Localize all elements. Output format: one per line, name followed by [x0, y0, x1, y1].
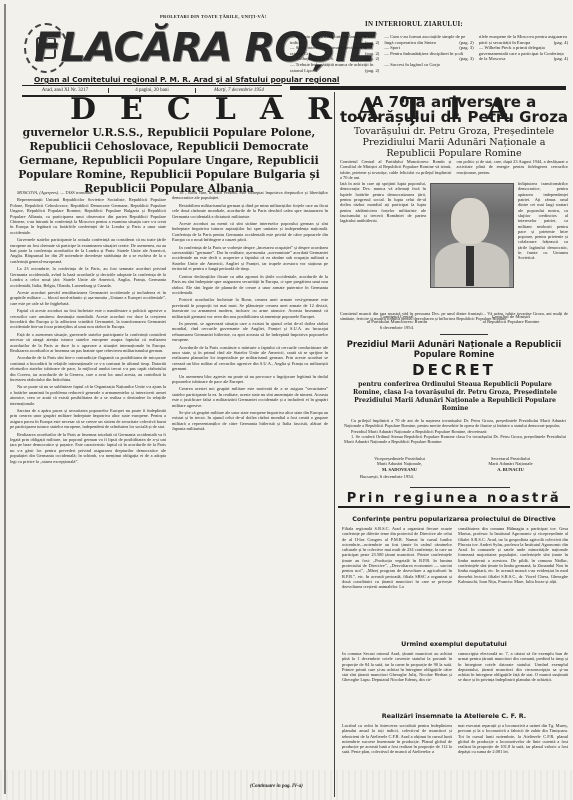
paragraph: Un asemenea bloc agresiv nu poate să nu …: [172, 374, 328, 385]
inside-index-item[interactable]: — Wilhelm Pieck a primit delegația guver…: [479, 45, 568, 62]
groza-headline: A 70-a aniversare a tovarășului dr. Petr…: [338, 95, 570, 125]
signature-line: A. BUNACIU: [455, 467, 566, 472]
decree-paragraph: Cu prilejul împlinirii a 70 de ani de la…: [344, 418, 566, 429]
page-reference: (pag. 2): [365, 40, 379, 46]
paragraph: Aceste acorduri au menit că sînt străine…: [172, 221, 328, 243]
signature-line: al Republicii Populare Romine: [454, 319, 568, 324]
article-deputat: In comuna Secusi raionul Arad, țăranii m…: [342, 651, 568, 709]
inside-index: IN INTERIORUL ZIARULUI: — In lupta pentr…: [290, 20, 568, 84]
paragraph: Potrivit acordurilor încheiate la Bonn, …: [172, 297, 328, 319]
signature-line: M. SADOVEANU: [344, 467, 455, 472]
declaration-subtitle: guvernelor U.R.S.S., Republicii Populare…: [6, 126, 332, 196]
divider: [410, 487, 510, 488]
declaration-column-1: MOSCOVA, (Agerpres). — TASS transmite: R…: [10, 190, 166, 775]
column-divider: [334, 92, 335, 797]
header-rule: [290, 86, 566, 90]
declaration-body: MOSCOVA, (Agerpres). — TASS transmite: R…: [10, 190, 328, 775]
page-reference: (pag. 2): [365, 68, 379, 74]
decree-signatures: Vicepreședintele PrezidiuluiMarii Adunăr…: [344, 456, 566, 472]
article-headline-cfr: Realizări însemnate la Atelierele C. F. …: [338, 712, 570, 720]
article-column: Filiala regională S.R.S.C. Arad a organi…: [342, 526, 452, 608]
paragraph: Acordurile de la Paris constituie o mărt…: [172, 345, 328, 372]
decree-paragraph: 1. Se conferă Ordinul Steaua Republicii …: [344, 434, 566, 445]
paragraph: In conferința de la Paris se vorbește de…: [172, 245, 328, 272]
paragraph: Sarcina de a apăra pacea și securitatea …: [10, 408, 166, 430]
declaration-column-2: 18”, lucru care, în mod evident, este în…: [172, 190, 328, 775]
signature-line: 6 decembrie 1954.: [340, 325, 454, 330]
article-column: cumscripția electorală nr. 7, a căutat s…: [458, 651, 568, 709]
paper-texture: [0, 770, 573, 800]
groza-signatures: Comitetul Centralal Partidului Muncitore…: [340, 314, 568, 330]
paragraph: Realizarea acordurilor de la Paris ar în…: [10, 432, 166, 464]
inside-index-column: — In lupta pentru îndeplinirea planului …: [290, 34, 379, 73]
region-section-title: Prin regiunea noastră: [338, 491, 570, 508]
paragraph: Se știe că grupări militare ale unor sta…: [172, 410, 328, 432]
groza-right-text: înfăptuirea transformărilor democratice,…: [518, 181, 568, 309]
signature-council-of-ministers: Consiliul de Miniștrial Republicii Popul…: [454, 314, 568, 330]
paragraph: In prezent, se agravează situația care a…: [172, 321, 328, 343]
inside-index-item[interactable]: — Pentru îmbunătățirea disciplinei în șc…: [384, 51, 473, 62]
inside-index-item[interactable]: — Trebuie îmbunătățită munca de achiziți…: [290, 62, 379, 73]
page-edge-rule: [4, 4, 6, 794]
divider: [440, 334, 488, 335]
article-headline-deputat: Urmînd exemplul deputatului: [338, 640, 570, 648]
article-column: consfătuirea din comuna Hălmagiu a parti…: [458, 526, 568, 608]
page-reference: (pag. 4): [554, 56, 568, 62]
groza-left-text: Iată în anii în care ați sprijinit lupta…: [340, 181, 426, 309]
paragraph: Acordurile de la Paris sînt într-o contr…: [10, 355, 166, 382]
inside-index-item[interactable]: — Succesi în lagărul cu Gorjo: [384, 62, 473, 68]
signature-central-committee: Comitetul Centralal Partidului Muncitore…: [340, 314, 454, 330]
inside-index-columns: — In lupta pentru îndeplinirea planului …: [290, 34, 568, 73]
signature-secretary: Secretarul PrezidiuluiMarii Adunări Nați…: [455, 456, 566, 472]
signature-vicepresident: Vicepreședintele PrezidiuluiMarii Adunăr…: [344, 456, 455, 472]
decree-issuer: Prezidiul Marii Adunări Naționale a Repu…: [338, 339, 570, 359]
page-reference: (pag. 3): [459, 45, 473, 51]
newspaper-page: PROLETARI DIN TOATE ȚĂRILE, UNIȚI-VĂ! FL…: [0, 0, 573, 800]
page-reference: (pag. 3): [459, 56, 473, 62]
paragraph: Crearea acestei noi grupări militare est…: [172, 386, 328, 408]
decree-body: Cu prilejul împlinirii a 70 de ani de la…: [344, 418, 566, 456]
inside-index-item[interactable]: — In lupta pentru îndeplinirea planului …: [290, 34, 379, 45]
inside-index-item[interactable]: — Cum s-au format asociațiile simple de …: [384, 34, 473, 45]
article-conferinte: Filiala regională S.R.S.C. Arad a organi…: [342, 526, 568, 608]
paragraph: La 23 octombrie, la conferința de la Par…: [10, 266, 166, 288]
page-reference: (pag. 4): [554, 40, 568, 46]
article-headline-conferinte: Conferințe pentru popularizarea proiectu…: [338, 515, 570, 523]
paragraph: Contrar declarațiilor făcute cu atîta zg…: [172, 274, 328, 296]
decree-place-date: București, 6 decembrie 1954.: [360, 474, 414, 479]
paragraph: Aceste acorduri prevăd remilitarizarea G…: [10, 290, 166, 306]
slogan: PROLETARI DIN TOATE ȚĂRILE, UNIȚI-VĂ!: [160, 14, 266, 19]
decree-subtitle: pentru conferirea Ordinului Steaua Repub…: [344, 381, 566, 413]
inside-index-item[interactable]: — Să fie intensificat ritmul colectărilo…: [290, 45, 379, 56]
groza-intro-right: om politic și de stat, care, după 23 Aug…: [457, 159, 569, 180]
paragraph: Guvernele statelor participante la actua…: [10, 237, 166, 264]
masthead: PROLETARI DIN TOATE ȚĂRILE, UNIȚI-VĂ! FL…: [8, 6, 276, 90]
article-column: In comuna Secusi raionul Arad, țăranii m…: [342, 651, 452, 709]
inside-index-item[interactable]: rilele europene de la Moscova pentru asi…: [479, 34, 568, 45]
groza-portrait-photo: [430, 183, 514, 288]
dateline: MOSCOVA, (Agerpres). — TASS transmite:: [10, 190, 166, 195]
paragraph: Faptul că aceste acorduri au fost închei…: [10, 308, 166, 330]
paragraph: 18”, lucru care, în mod evident, este în…: [172, 190, 328, 201]
inside-index-title: IN INTERIORUL ZIARULUI:: [260, 20, 568, 28]
groza-intro-left: Comitetul Central al Partidului Muncitor…: [340, 159, 452, 180]
paragraph: Față de o asemenea situație, guvernele s…: [10, 332, 166, 354]
paragraph: Restabilirea militarismului german și di…: [172, 203, 328, 219]
paragraph: Reprezentanții Uniunii Republicilor Sovi…: [10, 197, 166, 235]
paragraph: Nu se poate să nu se sublinieze faptul c…: [10, 384, 166, 406]
groza-subhead: Tovarășului dr. Petru Groza, Președintel…: [338, 126, 570, 159]
inside-index-column: rilele europene de la Moscova pentru asi…: [479, 34, 568, 73]
inside-index-column: — Cum s-au format asociațiile simple de …: [384, 34, 473, 73]
decree-title: DECRET: [338, 361, 570, 379]
